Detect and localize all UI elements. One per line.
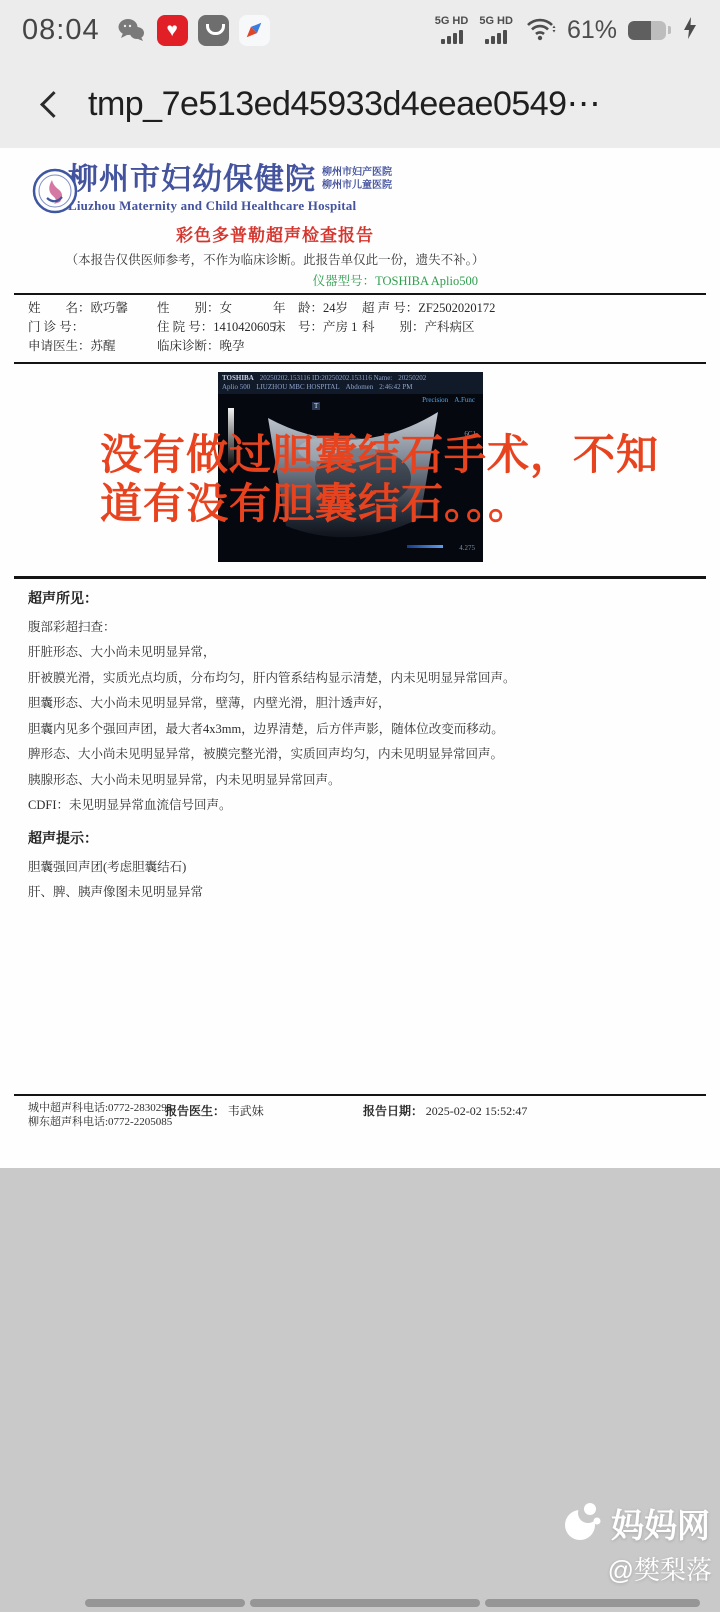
- heart-glyph: ♥: [166, 21, 177, 40]
- hospital-alias-2: 柳州市儿童医院: [322, 179, 392, 192]
- back-button[interactable]: [30, 84, 70, 124]
- back-chevron-icon: [40, 91, 67, 118]
- age-value: 24岁: [323, 301, 348, 315]
- ultrasound-no-label: 超 声 号：: [362, 301, 418, 315]
- ultrasound-section: TOSHIBA 20250202.153116 ID:20250202.1531…: [0, 370, 720, 570]
- inpatient-no-value: 1410420605: [213, 320, 276, 334]
- watermark-brand: 妈妈网: [611, 1500, 710, 1547]
- network-type-label-1: 5G HD: [435, 16, 469, 27]
- report-title: 彩色多普勒超声检查报告: [0, 221, 550, 246]
- requesting-doctor-label: 申请医生：: [28, 339, 91, 353]
- signal-bars-icon-1: [441, 29, 463, 44]
- table-row: 姓 名：欧巧馨 性 别：女 年 龄：24岁 超 声 号：ZF2502020172: [14, 299, 706, 318]
- annotation-overlay: 没有做过胆囊结石手术，不知 道有没有胆囊结石。。。: [100, 430, 715, 528]
- finding-line: 肝脏形态、大小尚未见明显异常，: [28, 646, 706, 659]
- report-date-label: 报告日期：: [363, 1104, 423, 1118]
- mamawang-logo-icon: [559, 1498, 605, 1549]
- table-row: 门 诊 号： 住 院 号：1410420605 床 号：产房 1 科 别：产科病…: [14, 318, 706, 337]
- finding-line: 胰腺形态、大小尚未见明显异常，内未见明显异常回声。: [28, 774, 706, 787]
- status-indicators: 5G HD 5G HD 61%: [435, 14, 698, 47]
- watermark-handle: @樊梨落: [608, 1550, 712, 1587]
- finding-line: 胆囊形态、大小尚未见明显异常，壁薄，内壁光滑，胆汁透声好，: [28, 697, 706, 710]
- department-label: 科 别：: [362, 320, 425, 334]
- heart-app-icon: ♥: [157, 15, 188, 46]
- signal-2: 5G HD: [479, 16, 513, 44]
- device-model: 仪器型号：TOSHIBA Aplio500: [0, 271, 550, 289]
- smile-app-icon: [198, 15, 229, 46]
- outpatient-no-label: 门 诊 号：: [28, 320, 84, 334]
- annotation-line-1: 没有做过胆囊结石手术，不知: [100, 430, 715, 479]
- section-divider: [14, 576, 706, 579]
- hospital-alias-1: 柳州市妇产医院: [322, 166, 392, 179]
- impression-line: 肝、脾、胰声像图未见明显异常: [28, 886, 706, 899]
- nav-hint-bar-2[interactable]: [250, 1599, 480, 1607]
- battery-percent: 61%: [567, 16, 617, 45]
- wifi-icon: [524, 14, 556, 47]
- watermark: 妈妈网: [559, 1498, 710, 1549]
- hospital-name-cn: 柳州市妇幼保健院: [68, 164, 316, 196]
- hospital-name-en: Liuzhou Maternity and Child Healthcare H…: [68, 198, 720, 214]
- nav-hint-bar-3[interactable]: [485, 1599, 700, 1607]
- finding-line: 腹部彩超扫查：: [28, 621, 706, 634]
- table-row: 申请医生：苏醒 临床诊断：晚孕: [14, 337, 706, 356]
- exam-date: 20250202: [398, 374, 426, 383]
- report-date: 报告日期： 2025-02-02 15:52:47: [363, 1102, 527, 1119]
- wechat-icon: [116, 15, 147, 46]
- sex-label: 性 别：: [157, 301, 220, 315]
- clinical-diagnosis-value: 晚孕: [220, 339, 245, 353]
- report-doctor: 报告医生： 韦武妹: [165, 1102, 264, 1119]
- empty-background: 妈妈网 @樊梨落: [0, 1168, 720, 1612]
- impression-line: 胆囊强回声团(考虑胆囊结石): [28, 861, 706, 874]
- hospital-header: 柳州市妇幼保健院 柳州市妇产医院 柳州市儿童医院 Liuzhou Materni…: [30, 148, 720, 214]
- battery-icon: [628, 21, 671, 40]
- impression-heading: 超声提示：: [28, 828, 706, 848]
- name-value: 欧巧馨: [91, 301, 129, 315]
- department-value: 产科病区: [425, 320, 475, 334]
- title-bar: tmp_7e513ed45933d4eeae0549⋯: [0, 60, 720, 148]
- ultrasound-header: TOSHIBA 20250202.153116 ID:20250202.1531…: [218, 372, 483, 394]
- report-footer: 城中超声科电话:0772-2830295 柳东超声科电话:0772-220508…: [14, 1094, 706, 1129]
- finding-line: 胆囊内见多个强回声团，最大者4x3mm，边界清楚，后方伴声影，随体位改变而移动。: [28, 723, 706, 736]
- report-document-canvas[interactable]: 柳州市妇幼保健院 柳州市妇产医院 柳州市儿童医院 Liuzhou Materni…: [0, 148, 720, 1168]
- depth-scale-bar: [407, 545, 443, 548]
- signal-1: 5G HD: [435, 16, 469, 44]
- notification-icons: ♥: [116, 15, 270, 46]
- navigation-hints: [0, 1599, 720, 1608]
- clock: 08:04: [22, 14, 100, 47]
- report-doctor-name: 韦武妹: [228, 1104, 264, 1118]
- file-title: tmp_7e513ed45933d4eeae0549⋯: [88, 84, 600, 124]
- impression-section: 超声提示： 胆囊强回声团(考虑胆囊结石) 肝、脾、胰声像图未见明显异常: [14, 828, 706, 899]
- exam-hospital: LIUZHOU MBC HOSPITAL: [256, 383, 339, 392]
- name-label: 姓 名：: [28, 301, 91, 315]
- machine-model: Aplio 500: [222, 383, 250, 392]
- nav-hint-bar-1[interactable]: [85, 1599, 245, 1607]
- signal-bars-icon-2: [485, 29, 507, 44]
- browser-compass-icon: [239, 15, 270, 46]
- charging-bolt-icon: [682, 16, 698, 45]
- sex-value: 女: [220, 301, 233, 315]
- hospital-logo: [32, 168, 78, 219]
- findings-heading: 超声所见：: [28, 588, 706, 608]
- exam-time: 2:46:42 PM: [379, 383, 412, 392]
- bed-no-value: 产房 1: [323, 320, 357, 334]
- inpatient-no-label: 住 院 号：: [157, 320, 213, 334]
- report-disclaimer: （本报告仅供医师参考，不作为临床诊断。此报告单仅此一份，遗失不补。）: [0, 250, 550, 268]
- requesting-doctor-value: 苏醒: [91, 339, 116, 353]
- bed-no-label: 床 号：: [273, 320, 323, 334]
- finding-line: 肝被膜光滑，实质光点均质，分布均匀，肝内管系结构显示清楚，内未见明显异常回声。: [28, 672, 706, 685]
- depth-scale-value: 4.275: [459, 544, 475, 552]
- report-date-value: 2025-02-02 15:52:47: [426, 1104, 528, 1118]
- exam-preset: Abdomen: [346, 383, 374, 392]
- hospital-aliases: 柳州市妇产医院 柳州市儿童医院: [322, 166, 392, 192]
- patient-info-table: 姓 名：欧巧馨 性 别：女 年 龄：24岁 超 声 号：ZF2502020172…: [14, 293, 706, 364]
- findings-section: 超声所见： 腹部彩超扫查： 肝脏形态、大小尚未见明显异常， 肝被膜光滑，实质光点…: [14, 588, 706, 812]
- finding-line: 脾形态、大小尚未见明显异常，被膜完整光滑，实质回声均匀，内未见明显异常回声。: [28, 748, 706, 761]
- status-bar: 08:04 ♥ 5G HD 5G HD 61%: [0, 0, 720, 60]
- department-phones: 城中超声科电话:0772-2830295 柳东超声科电话:0772-220508…: [14, 1101, 706, 1129]
- network-type-label-2: 5G HD: [479, 16, 513, 27]
- report-doctor-label: 报告医生：: [165, 1104, 225, 1118]
- clinical-diagnosis-label: 临床诊断：: [157, 339, 220, 353]
- machine-brand: TOSHIBA: [222, 374, 254, 383]
- ultrasound-no-value: ZF2502020172: [418, 301, 495, 315]
- finding-line: CDFI：未见明显异常血流信号回声。: [28, 799, 706, 812]
- age-label: 年 龄：: [273, 301, 323, 315]
- exam-id-line: 20250202.153116 ID:20250202.153116 Name:: [260, 374, 392, 383]
- annotation-line-2: 道有没有胆囊结石。。。: [100, 479, 715, 528]
